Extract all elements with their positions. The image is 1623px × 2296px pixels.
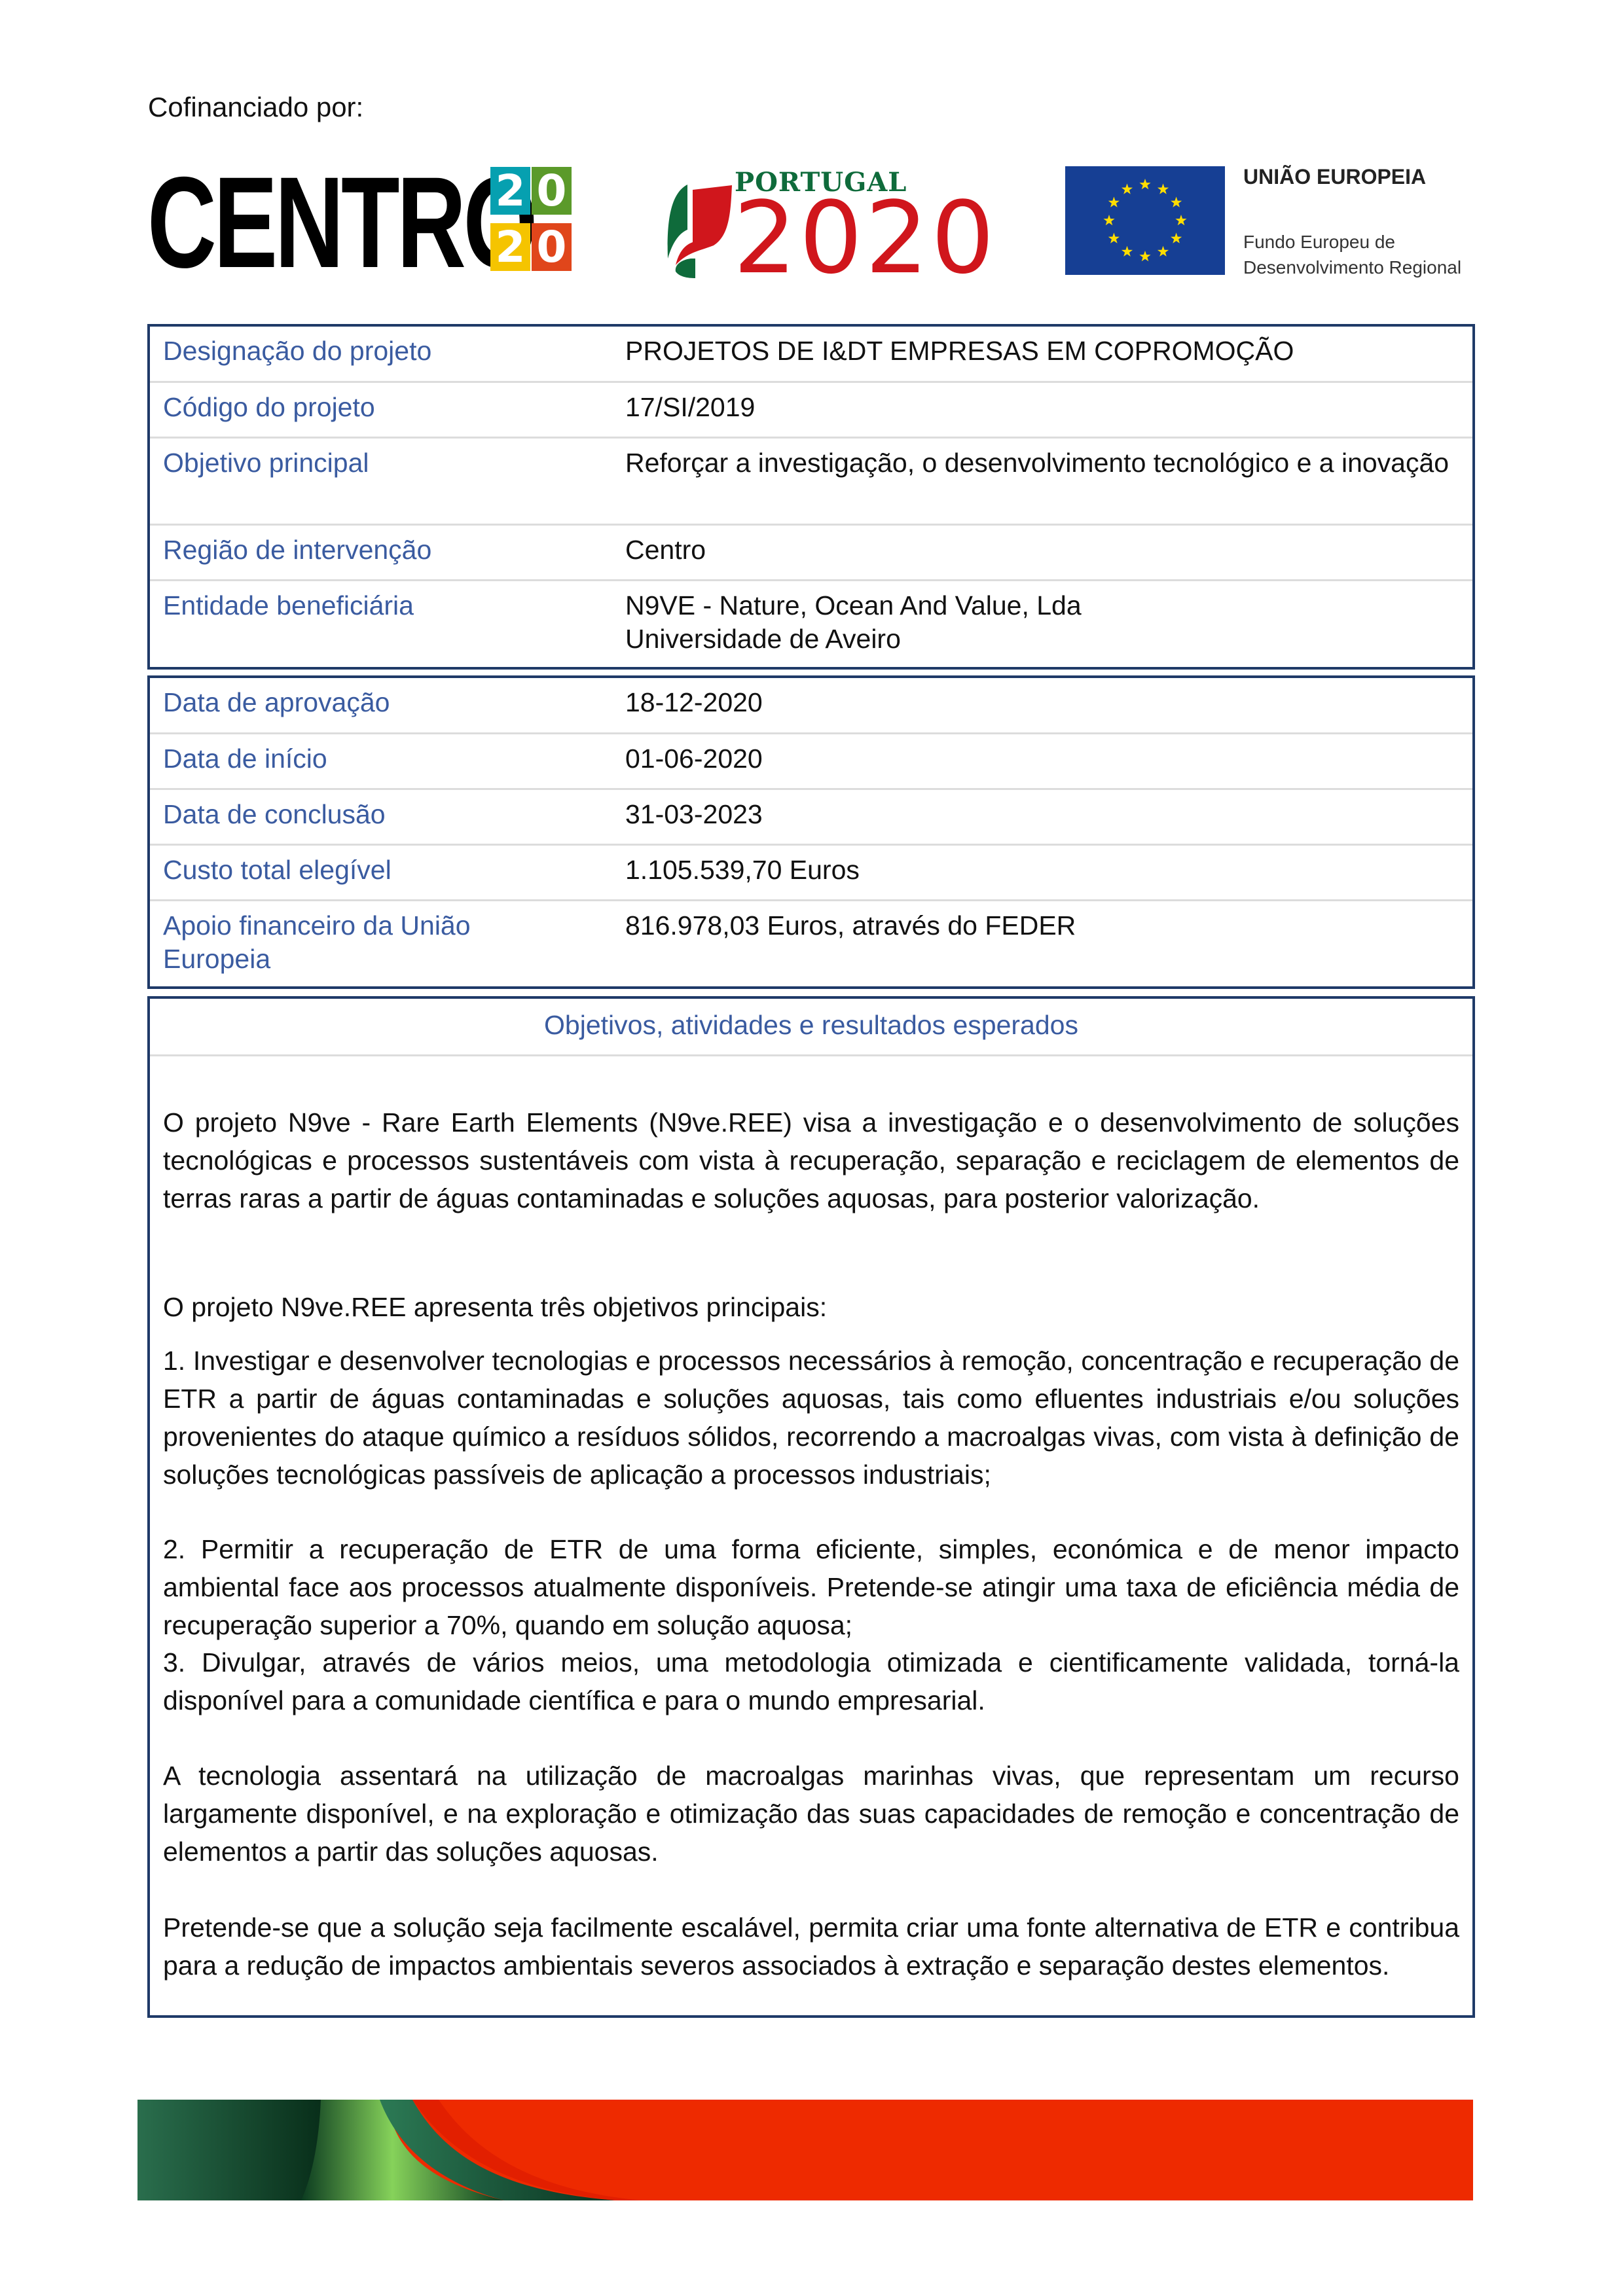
- row-label: Região de intervenção: [163, 533, 431, 567]
- row-value: Reforçar a investigação, o desenvolvimen…: [625, 446, 1457, 480]
- row-value: 01-06-2020: [625, 742, 763, 776]
- row-label: Data de conclusão: [163, 798, 386, 831]
- table-row: Código do projeto 17/SI/2019: [150, 381, 1472, 439]
- objective-item: 2. Permitir a recuperação de ETR de uma …: [163, 1530, 1459, 1644]
- row-value: 31-03-2023: [625, 798, 763, 831]
- table-row: Data de conclusão 31-03-2023: [150, 788, 1472, 846]
- row-label: Entidade beneficiária: [163, 589, 414, 622]
- row-label: Objetivo principal: [163, 446, 369, 480]
- row-value: 17/SI/2019: [625, 391, 755, 424]
- row-value: PROJETOS DE I&DT EMPRESAS EM COPROMOÇÃO: [625, 334, 1294, 368]
- eu-subtitle-line: Fundo Europeu de: [1243, 229, 1461, 255]
- row-value: 1.105.539,70 Euros: [625, 853, 860, 887]
- paragraph: O projeto N9ve.REE apresenta três objeti…: [163, 1288, 1459, 1326]
- footer-decorative-band: [137, 2100, 1473, 2200]
- table-row: Designação do projeto PROJETOS DE I&DT E…: [150, 327, 1472, 382]
- row-label: Código do projeto: [163, 391, 375, 424]
- row-label: Designação do projeto: [163, 334, 431, 368]
- paragraph: O projeto N9ve - Rare Earth Elements (N9…: [163, 1103, 1459, 1217]
- row-label: Data de início: [163, 742, 327, 776]
- eu-title: UNIÃO EUROPEIA: [1243, 165, 1426, 189]
- paragraph: A tecnologia assentará na utilização de …: [163, 1757, 1459, 1871]
- project-info-table: Designação do projeto PROJETOS DE I&DT E…: [147, 324, 1475, 670]
- eu-flag-icon: [1065, 166, 1225, 275]
- centro-logo-digit: 2: [490, 223, 530, 271]
- row-value: Centro: [625, 533, 706, 567]
- table-row: Objetivo principal Reforçar a investigaç…: [150, 437, 1472, 526]
- centro-logo-digit: 0: [532, 167, 572, 215]
- table-row: Região de intervenção Centro: [150, 524, 1472, 581]
- portugal-2020-logo: PORTUGAL 2020: [661, 167, 1015, 278]
- table-row: Apoio financeiro da União Europeia 816.9…: [150, 899, 1472, 988]
- table-row: Entidade beneficiária N9VE - Nature, Oce…: [150, 579, 1472, 669]
- row-label: Apoio financeiro da União Europeia: [163, 909, 556, 976]
- section-title: Objetivos, atividades e resultados esper…: [150, 999, 1472, 1056]
- row-label: Data de aprovação: [163, 686, 390, 719]
- portugal-logo-year: 2020: [733, 189, 997, 287]
- eu-subtitle-line: Desenvolvimento Regional: [1243, 255, 1461, 280]
- objective-item: 1. Investigar e desenvolver tecnologias …: [163, 1342, 1459, 1494]
- row-value: N9VE - Nature, Ocean And Value, Lda Univ…: [625, 589, 1082, 656]
- centro-logo-digit: 0: [532, 223, 572, 271]
- row-label: Custo total elegível: [163, 853, 392, 887]
- row-value: 18-12-2020: [625, 686, 763, 719]
- beneficiary-line: Universidade de Aveiro: [625, 622, 1082, 656]
- cofinanced-by-label: Cofinanciado por:: [148, 92, 363, 123]
- centro-logo-word: CENTRO: [147, 158, 535, 287]
- beneficiary-line: N9VE - Nature, Ocean And Value, Lda: [625, 589, 1082, 622]
- centro-logo-digit: 2: [490, 167, 530, 215]
- centro-2020-logo: CENTRO 2 0 2 0: [147, 167, 615, 278]
- row-value: 816.978,03 Euros, através do FEDER: [625, 909, 1076, 942]
- table-row: Custo total elegível 1.105.539,70 Euros: [150, 844, 1472, 901]
- dates-finance-table: Data de aprovação 18-12-2020 Data de iní…: [147, 675, 1475, 989]
- table-row: Data de início 01-06-2020: [150, 732, 1472, 790]
- objectives-section: Objetivos, atividades e resultados esper…: [147, 996, 1475, 2018]
- table-row: Data de aprovação 18-12-2020: [150, 678, 1472, 734]
- paragraph: Pretende-se que a solução seja facilment…: [163, 1909, 1459, 1984]
- objective-item: 3. Divulgar, através de vários meios, um…: [163, 1643, 1459, 1719]
- portugal-flag-icon: [661, 167, 733, 278]
- eu-subtitle: Fundo Europeu de Desenvolvimento Regiona…: [1243, 229, 1461, 280]
